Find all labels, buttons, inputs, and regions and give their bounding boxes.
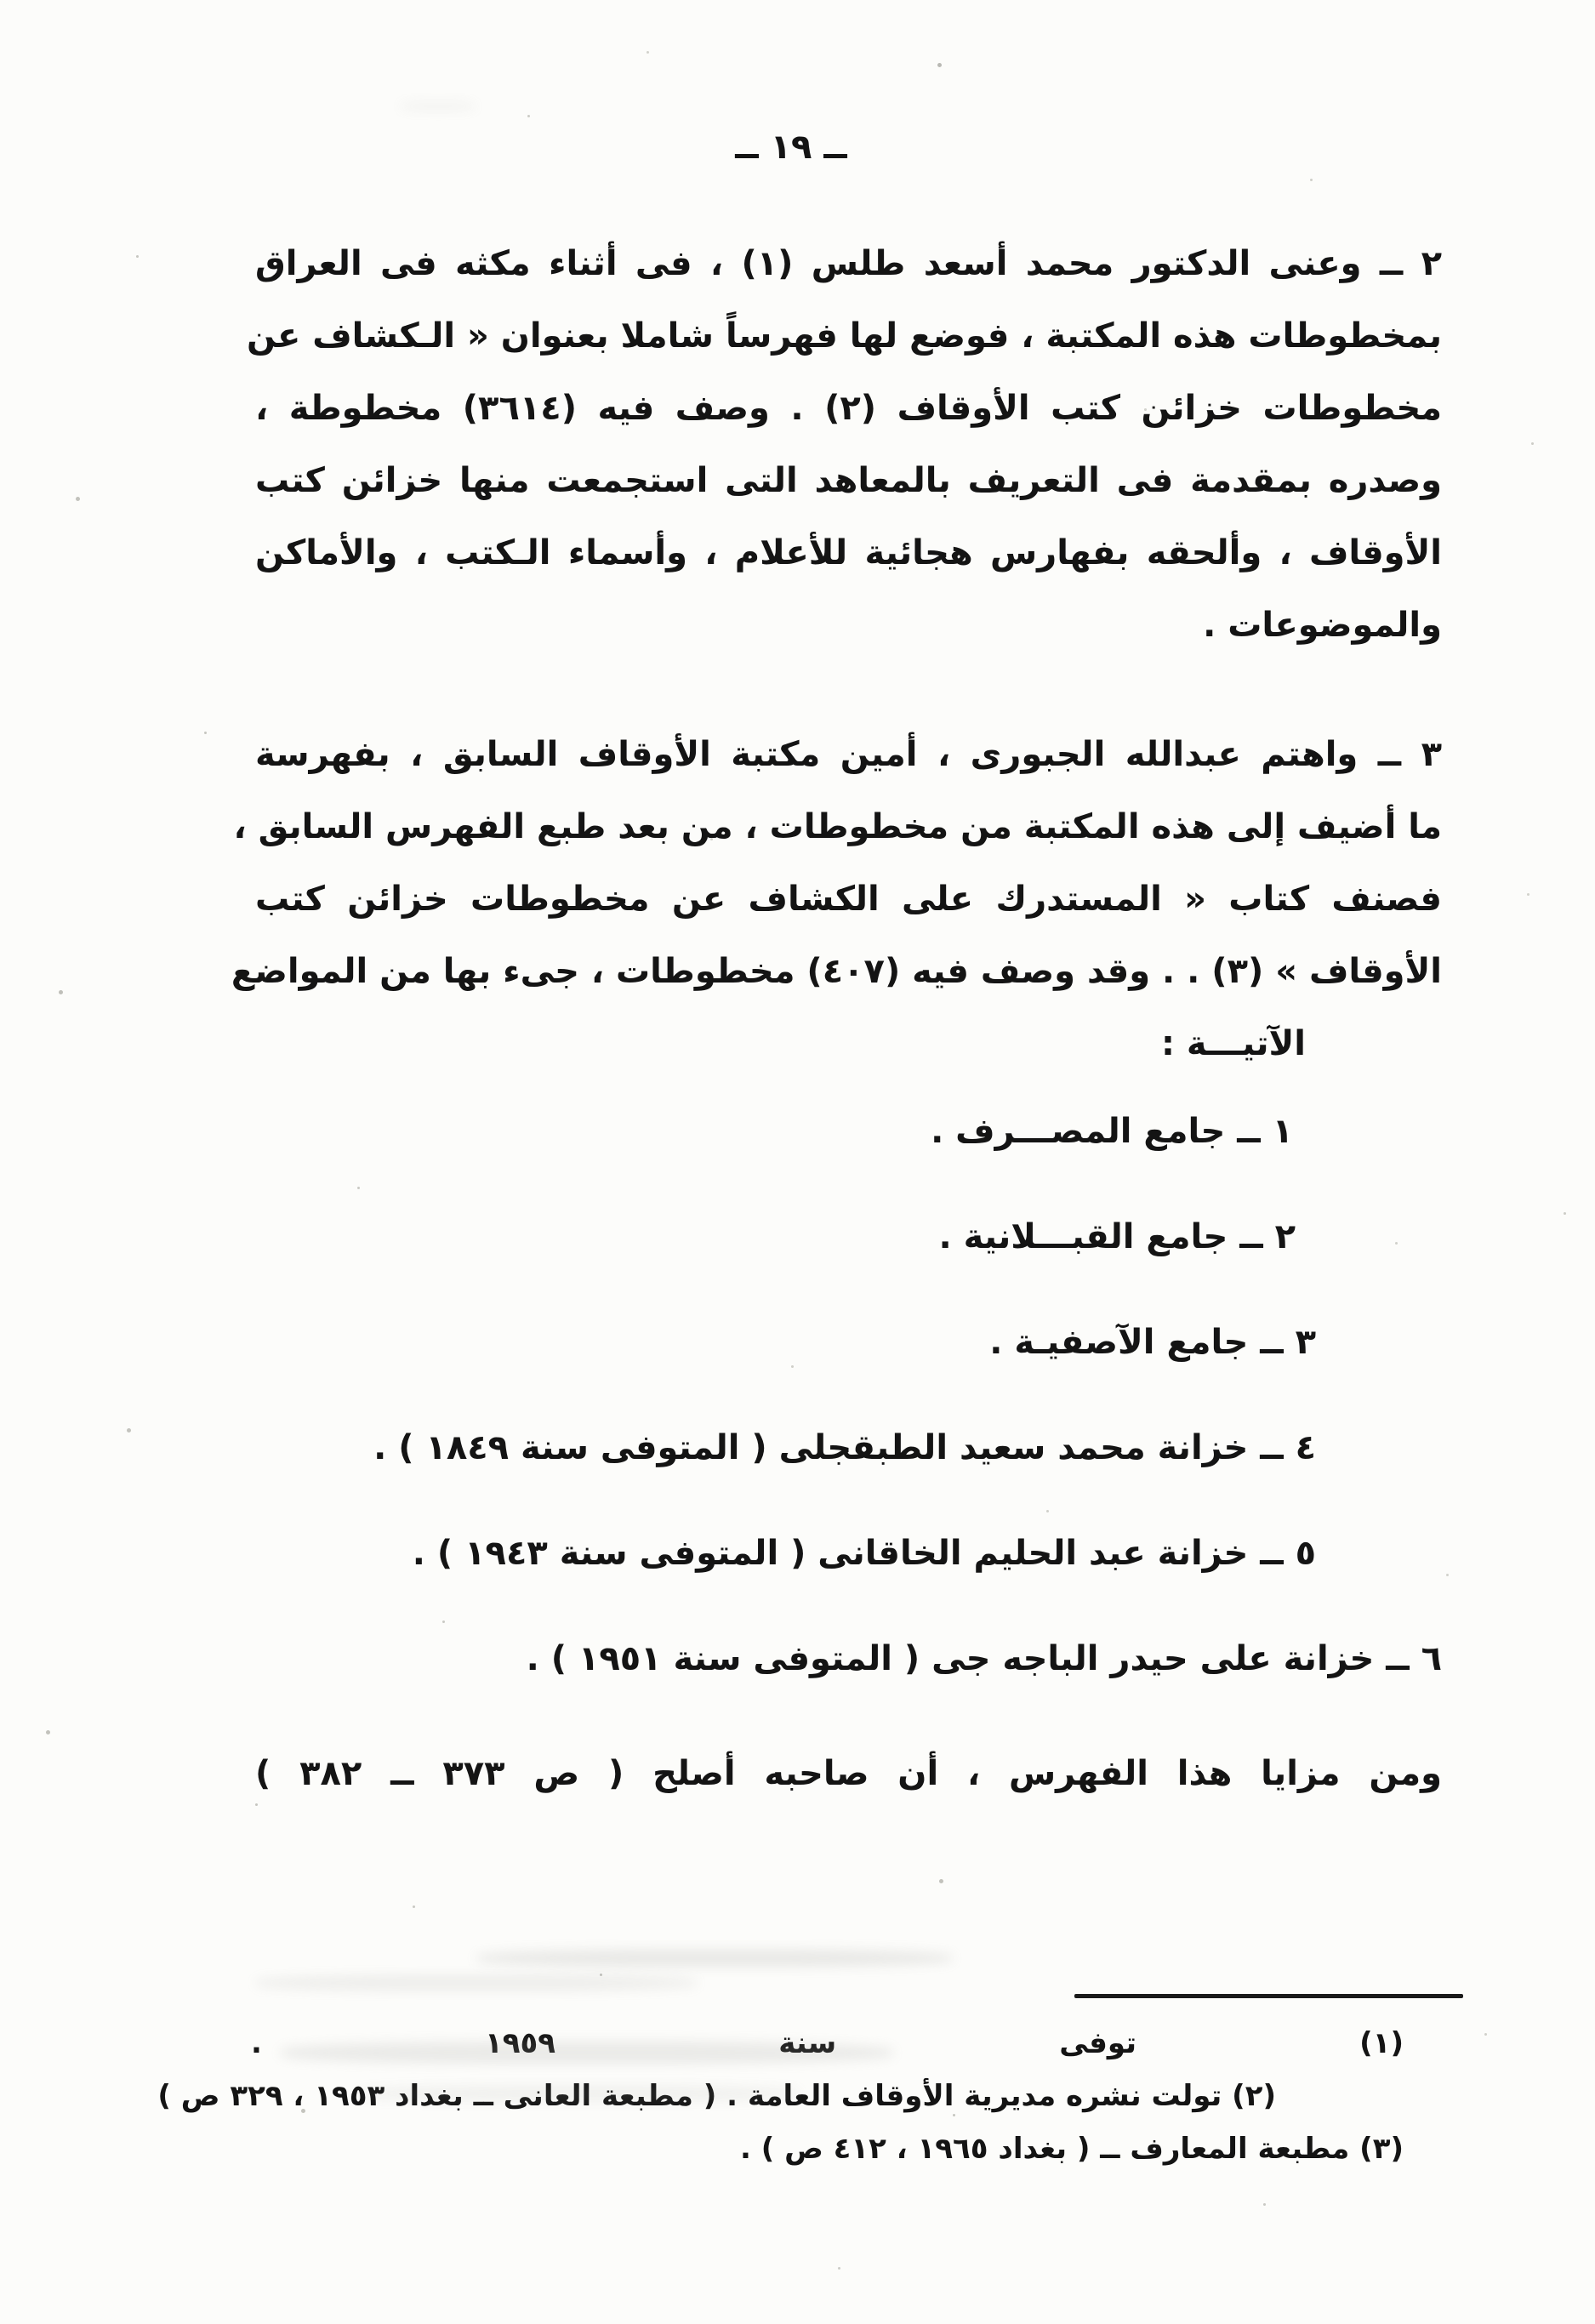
scan-ghost-mark	[400, 102, 476, 111]
footnote-line: (٣) مطبعة المعارف ــ ( بغداد ١٩٦٥ ، ٤١٢ …	[251, 2123, 1404, 2176]
scan-ghost-mark	[476, 1950, 953, 1967]
text-line: ومن مزايا هذا الفهرس ، أن صاحبه أصلح ( ص…	[255, 1738, 1442, 1810]
text-line: مخطوطات خزائن كتب الأوقاف (٢) . وصف فيه …	[255, 373, 1442, 445]
text-line: ما أضيف إلى هذه المكتبة من مخطوطات ، من …	[255, 791, 1442, 863]
text-line: ٣ ــ واهتم عبدالله الجبورى ، أمين مكتبة …	[255, 719, 1442, 791]
list-item: ٦ ــ خزانة على حيدر الباجه جى ( المتوفى …	[255, 1606, 1442, 1712]
scanned-book-page: ــ ١٩ ــ ٢ ــ وعنى الدكتور محمد أسعد طلس…	[0, 0, 1595, 2324]
text-line: ٢ ــ وعنى الدكتور محمد أسعد طلس (١) ، فى…	[255, 228, 1442, 300]
list-item: ١ ــ جامع المصـــرف .	[255, 1079, 1442, 1184]
text-line: الأوقاف » (٣) . . وقد وصف فيه (٤٠٧) مخطو…	[255, 936, 1442, 1008]
closing-paragraph: ومن مزايا هذا الفهرس ، أن صاحبه أصلح ( ص…	[255, 1738, 1442, 1810]
list-item: ٤ ــ خزانة محمد سعيد الطبقجلى ( المتوفى …	[255, 1395, 1442, 1501]
scan-ghost-mark	[281, 2042, 893, 2064]
footnote-separator	[1074, 1994, 1463, 1998]
list-item: ٣ ــ جامع الآصفيـة .	[255, 1290, 1442, 1395]
text-line: الآتيـــة :	[255, 1008, 1442, 1080]
scan-ghost-mark	[357, 2086, 800, 2101]
numbered-list: ١ ــ جامع المصـــرف .٢ ــ جامع القبـــلا…	[255, 1079, 1442, 1712]
paragraph-3: ٣ ــ واهتم عبدالله الجبورى ، أمين مكتبة …	[255, 719, 1442, 1080]
scan-speckle-noise	[0, 0, 3, 3]
text-line: الأوقاف ، وألحقه بفهارس هجائية للأعلام ،…	[255, 517, 1442, 590]
list-item: ٥ ــ خزانة عبد الحليم الخاقانى ( المتوفى…	[255, 1501, 1442, 1606]
paragraph-2: ٢ ــ وعنى الدكتور محمد أسعد طلس (١) ، فى…	[255, 228, 1442, 662]
scan-ghost-mark	[255, 1975, 698, 1991]
text-line: فصنف كتاب « المستدرك على الكشاف عن مخطوط…	[255, 863, 1442, 936]
page-number: ــ ١٩ ــ	[0, 128, 1582, 167]
text-line: والموضوعات .	[255, 590, 1442, 662]
list-item: ٢ ــ جامع القبـــلانية .	[255, 1184, 1442, 1290]
text-line: بمخطوطات هذه المكتبة ، فوضع لها فهرساً ش…	[255, 300, 1442, 373]
text-line: وصدره بمقدمة فى التعريف بالمعاهد التى اس…	[255, 445, 1442, 517]
